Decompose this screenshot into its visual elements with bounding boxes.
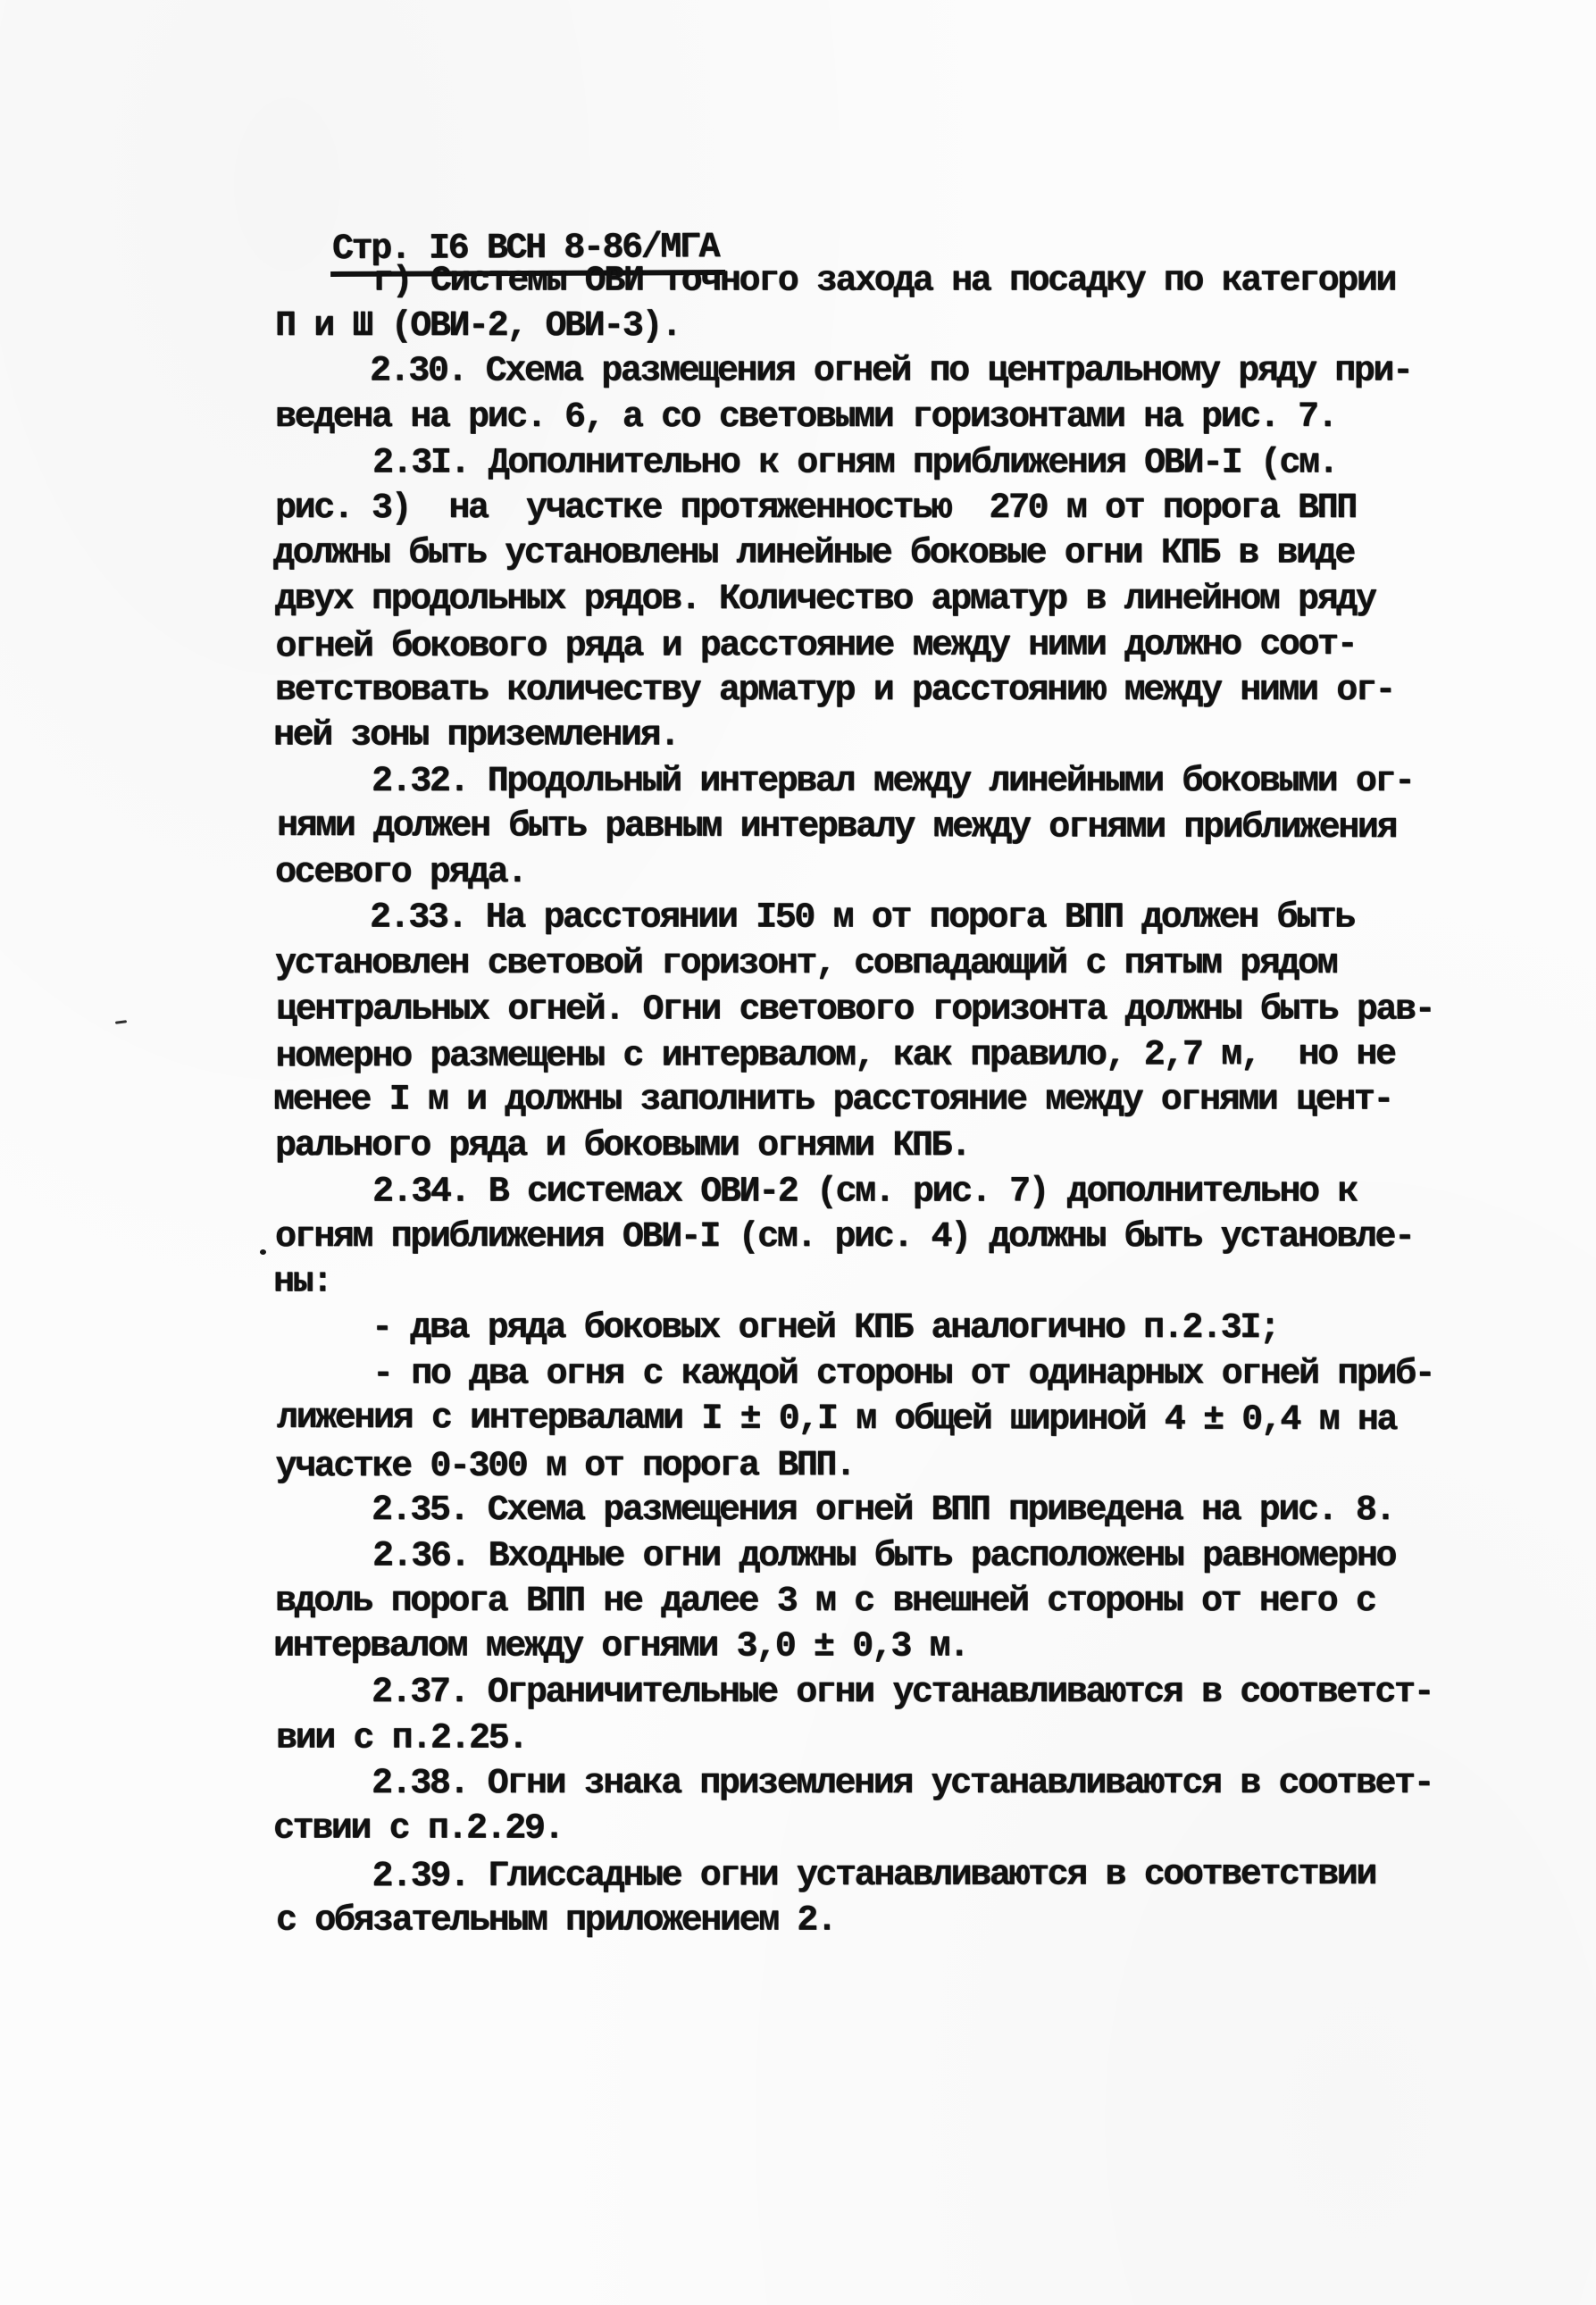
document-page: Стр. I6 ВСН 8-86/МГА г) Системы ОВИ точн… <box>0 0 1596 2305</box>
scan-artifact-dash <box>115 1020 127 1024</box>
text-line: ветствовать количеству арматур и расстоя… <box>275 668 1433 714</box>
text-line: 2.3I. Дополнительно к огням приближения … <box>276 441 1433 487</box>
text-line: г) Системы ОВИ точного захода на посадку… <box>276 259 1433 305</box>
text-line: номерно размещены с интервалом, как прав… <box>275 1032 1433 1081</box>
text-line: огням приближения ОВИ-I (см. рис. 4) дол… <box>275 1215 1433 1260</box>
text-line: 2.38. Огни знака приземления устанавлива… <box>275 1761 1433 1807</box>
text-line: должны быть установлены линейные боковые… <box>273 531 1431 577</box>
text-line: 2.30. Схема размещения огней по централь… <box>273 349 1431 395</box>
text-line: интервалом между огнями 3,0 ± 0,3 м. <box>273 1624 1431 1670</box>
text-line: с обязательным приложением 2. <box>276 1899 1433 1944</box>
text-line: вии с п.2.25. <box>276 1716 1433 1762</box>
text-line: ны: <box>273 1260 1431 1306</box>
text-line: менее I м и должны заполнить расстояние … <box>273 1078 1431 1123</box>
text-line: П и Ш (ОВИ-2, ОВИ-3). <box>275 304 1433 349</box>
text-line: рального ряда и боковыми огнями КПБ. <box>275 1123 1433 1169</box>
text-line: рис. 3) на участке протяженностью 270 м … <box>275 486 1433 531</box>
text-line: - по два огня с каждой стороны от одинар… <box>276 1352 1433 1398</box>
text-line: 2.32. Продольный интервал между линейным… <box>275 759 1433 805</box>
text-line: ней зоны приземления. <box>273 714 1431 759</box>
text-line: вдоль порога ВПП не далее 3 м с внешней … <box>275 1579 1433 1624</box>
text-line: 2.36. Входные огни должны быть расположе… <box>276 1534 1433 1580</box>
text-line: установлен световой горизонт, совпадающи… <box>275 941 1433 987</box>
text-line: ствии с п.2.29. <box>273 1807 1431 1852</box>
document-body: г) Системы ОВИ точного захода на посадку… <box>275 258 1433 1943</box>
scan-artifact-dot <box>260 1249 266 1255</box>
text-line: 2.33. На расстоянии I50 м от порога ВПП … <box>273 896 1431 941</box>
text-line: участке 0-300 м от порога ВПП. <box>275 1442 1433 1491</box>
text-line: огней бокового ряда и расстояние между н… <box>275 622 1433 671</box>
text-line: нями должен быть равным интервалу между … <box>277 804 1434 851</box>
text-line: 2.39. Глиссадные огни устанавливаются в … <box>275 1852 1433 1900</box>
text-line: - два ряда боковых огней КПБ аналогично … <box>275 1306 1433 1351</box>
text-line: лижения с интервалами I ± 0,I м общей ши… <box>277 1396 1434 1443</box>
text-line: 2.35. Схема размещения огней ВПП приведе… <box>275 1488 1433 1533</box>
text-line: двух продольных рядов. Количество армату… <box>275 577 1433 622</box>
text-line: 2.34. В системах ОВИ-2 (см. рис. 7) допо… <box>276 1170 1433 1215</box>
text-line: ведена на рис. 6, а со световыми горизон… <box>275 395 1433 440</box>
text-line: центральных огней. Огни светового горизо… <box>276 988 1433 1033</box>
text-line: 2.37. Ограничительные огни устанавливают… <box>275 1670 1433 1716</box>
text-line: осевого ряда. <box>275 850 1433 896</box>
